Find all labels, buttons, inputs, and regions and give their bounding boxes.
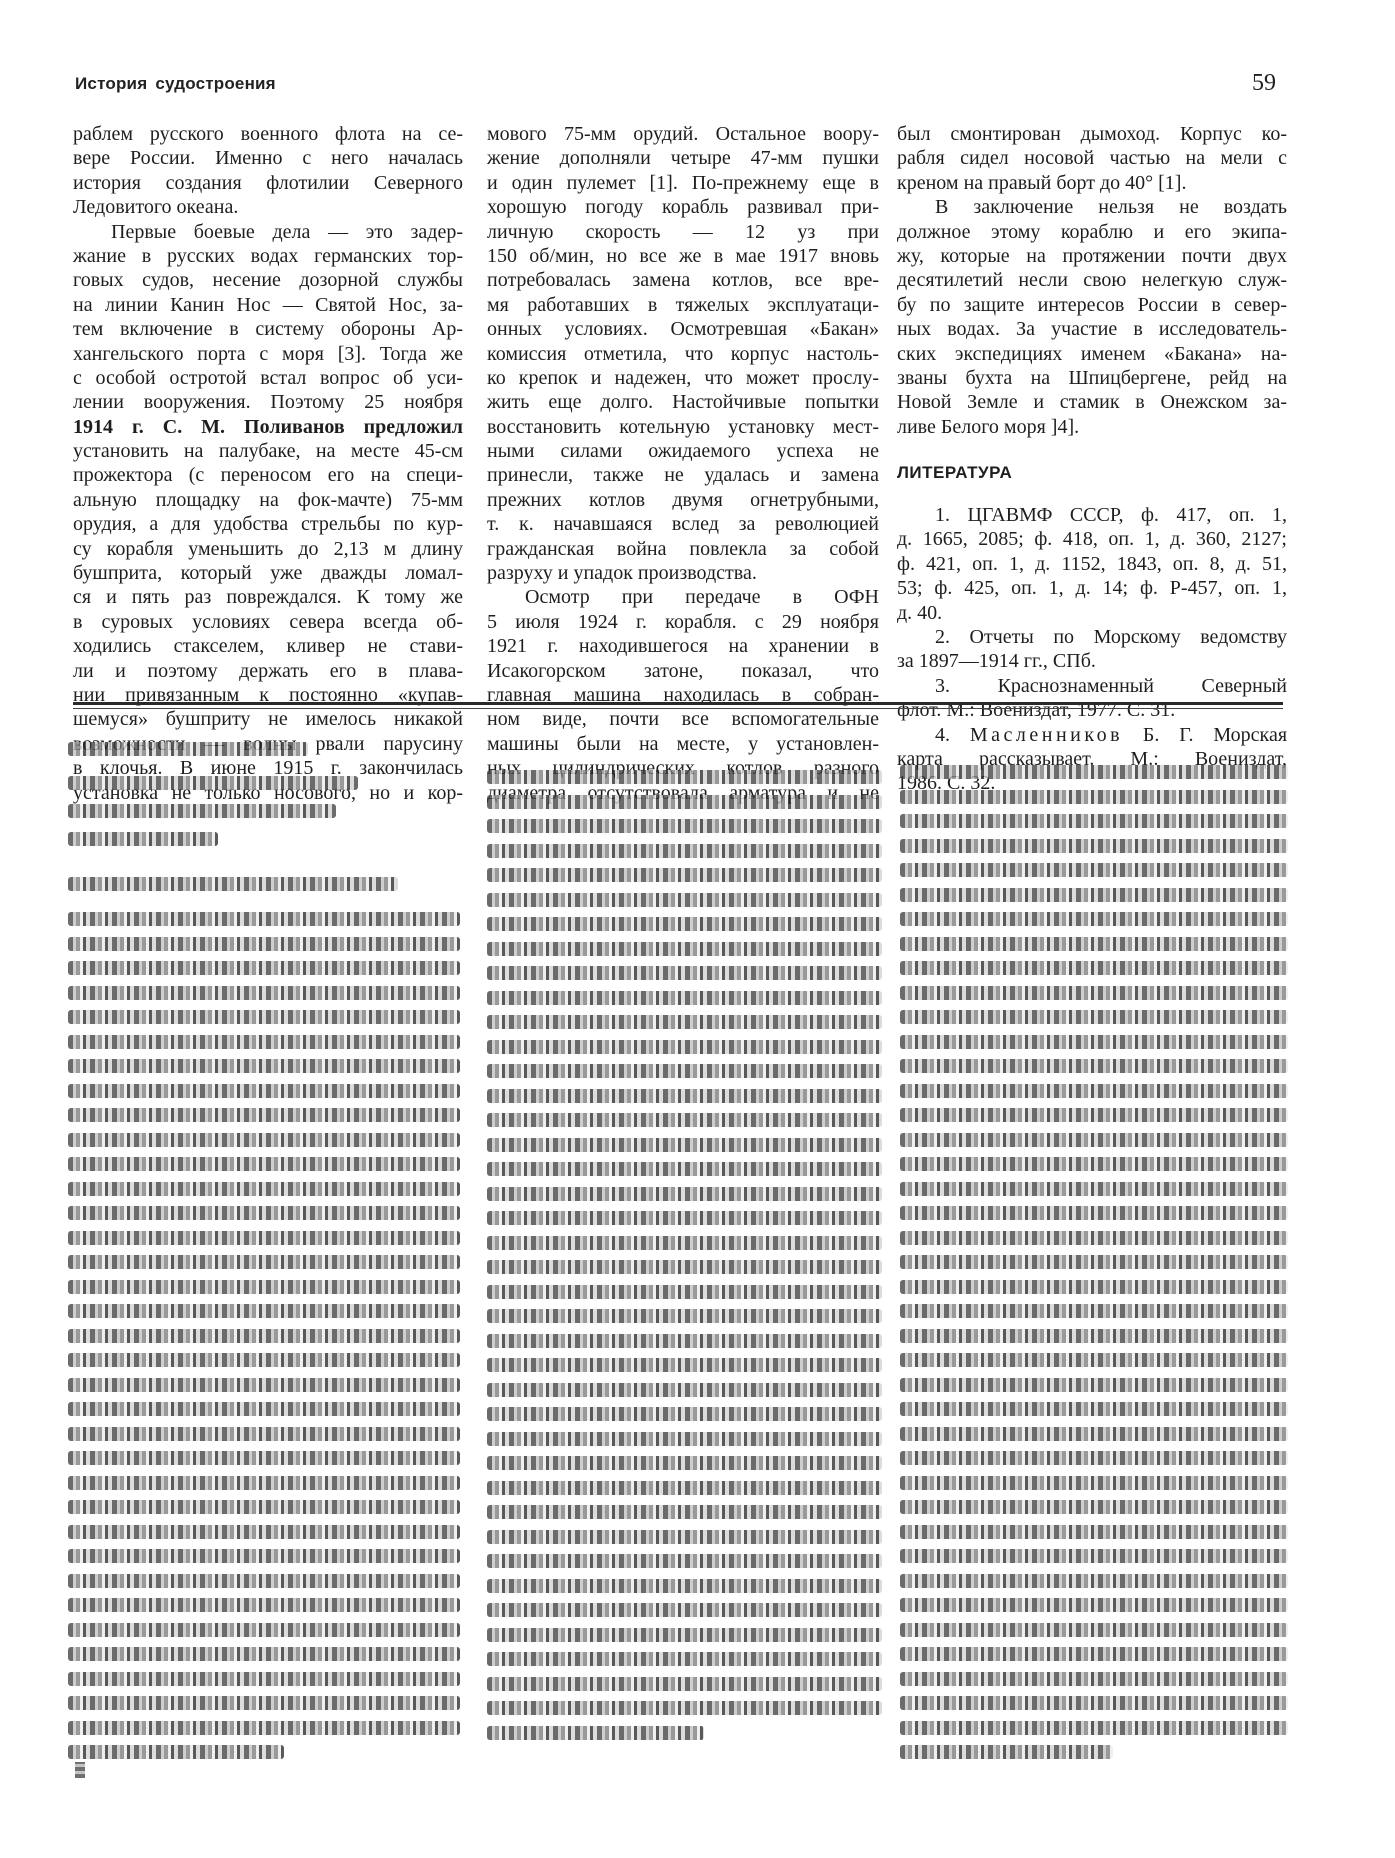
obscured-line [487,1211,882,1225]
obscured-line [487,1554,882,1568]
obscured-line [900,1206,1288,1220]
obscured-line [68,1721,460,1735]
obscured-line [68,1574,460,1588]
obscured-line [487,1701,882,1715]
obscured-line [487,1530,882,1544]
obscured-line [487,844,882,858]
obscured-line [900,1672,1288,1686]
obscured-line [68,804,336,818]
obscured-line [68,1598,460,1612]
obscured-line [900,1623,1288,1637]
obscured-line [900,1059,1288,1073]
obscured-line [900,1451,1288,1465]
obscured-line [487,1064,882,1078]
obscured-line [487,1187,882,1201]
obscured-line [487,1113,882,1127]
obscured-line [487,1138,882,1152]
obscured-line [68,1476,460,1490]
obscured-line [900,1402,1288,1416]
obscured-line [68,912,460,926]
obscured-line [900,765,1288,779]
obscured-line [68,1745,284,1759]
obscured-line [487,1040,882,1054]
obscured-line [900,1010,1288,1024]
obscured-line [900,790,1288,804]
obscured-line [487,917,882,931]
obscured-line [900,839,1288,853]
obscured-line [68,832,218,846]
obscured-line [900,1157,1288,1171]
obscured-line [487,1236,882,1250]
obscured-line [68,1329,460,1343]
obscured-line [487,770,882,784]
obscured-line [68,1108,460,1122]
obscured-line [900,814,1288,828]
obscured-line [900,1721,1288,1735]
obscured-line [900,1500,1288,1514]
obscured-line [487,1407,882,1421]
obscured-line [487,819,882,833]
obscured-line [68,1525,460,1539]
obscured-line [68,1059,460,1073]
obscured-line [900,1476,1288,1490]
obscured-line [487,1628,882,1642]
obscured-line [68,877,398,891]
obscured-line [487,1089,882,1103]
obscured-line [900,1329,1288,1343]
obscured-line [68,937,460,951]
obscured-line [487,795,882,809]
obscured-line [487,1162,882,1176]
obscured-line [487,1383,882,1397]
obscured-line [68,1500,460,1514]
obscured-line [487,1652,882,1666]
obscured-line [68,1182,460,1196]
obscured-line [900,1255,1288,1269]
obscured-line [487,1015,882,1029]
obscured-line [487,1285,882,1299]
obscured-line [900,1035,1288,1049]
obscured-line [68,1084,460,1098]
obscured-line [900,1427,1288,1441]
page-mark [75,1762,85,1778]
obscured-line [487,942,882,956]
obscured-line [68,776,358,790]
obscured-line [68,1231,460,1245]
obscured-line [900,1231,1288,1245]
obscured-line [900,912,1288,926]
obscured-region [0,0,1395,1858]
obscured-line [487,893,882,907]
obscured-line [68,1378,460,1392]
obscured-line [487,1726,704,1740]
obscured-line [900,937,1288,951]
obscured-line [900,1647,1288,1661]
obscured-line [487,1579,882,1593]
obscured-line [68,1696,460,1710]
obscured-line [900,863,1288,877]
obscured-line [900,1084,1288,1098]
obscured-line [68,1010,460,1024]
obscured-line [900,1280,1288,1294]
obscured-line [68,1157,460,1171]
obscured-line [68,986,460,1000]
obscured-line [900,1378,1288,1392]
obscured-line [487,1677,882,1691]
obscured-line [487,1334,882,1348]
obscured-line [68,1427,460,1441]
obscured-line [68,1353,460,1367]
obscured-line [487,1505,882,1519]
obscured-line [900,1574,1288,1588]
obscured-line [68,1255,460,1269]
obscured-line [487,1309,882,1323]
obscured-line [900,1598,1288,1612]
obscured-line [900,1133,1288,1147]
obscured-line [900,986,1288,1000]
obscured-line [900,1304,1288,1318]
obscured-line [900,888,1288,902]
obscured-line [68,1451,460,1465]
obscured-line [68,1133,460,1147]
obscured-line [487,1481,882,1495]
obscured-line [487,1358,882,1372]
obscured-line [68,1549,460,1563]
obscured-line [900,1353,1288,1367]
obscured-line [68,1623,460,1637]
obscured-line [487,1432,882,1446]
obscured-line [68,1647,460,1661]
obscured-line [900,1525,1288,1539]
obscured-line [900,1745,1113,1759]
obscured-line [68,742,308,756]
obscured-line [487,868,882,882]
obscured-line [900,961,1288,975]
obscured-line [900,1182,1288,1196]
obscured-line [487,1456,882,1470]
obscured-line [487,966,882,980]
obscured-line [68,1402,460,1416]
obscured-line [900,1108,1288,1122]
obscured-line [487,1260,882,1274]
obscured-line [68,1035,460,1049]
obscured-line [487,1603,882,1617]
obscured-line [68,1206,460,1220]
obscured-line [68,1304,460,1318]
obscured-line [68,1280,460,1294]
obscured-line [900,1549,1288,1563]
obscured-line [68,1672,460,1686]
obscured-line [487,991,882,1005]
obscured-line [68,961,460,975]
obscured-line [900,1696,1288,1710]
